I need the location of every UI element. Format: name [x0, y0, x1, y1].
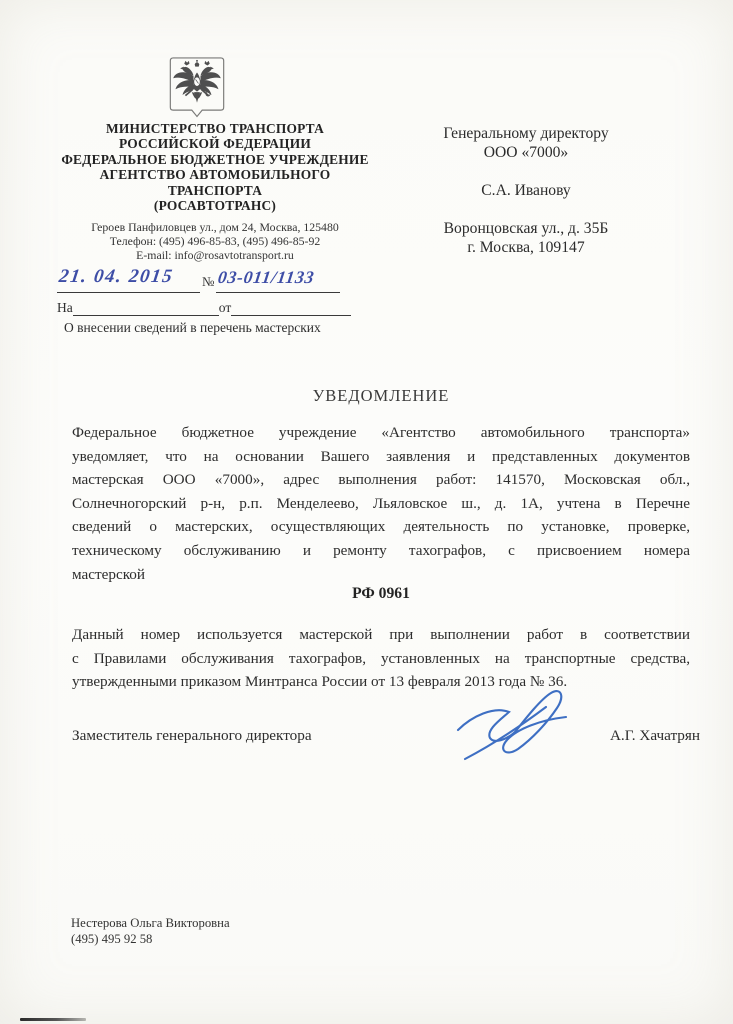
addressee-person: С.А. Иванову: [398, 181, 654, 200]
na-label: На: [57, 300, 73, 316]
org-name-line: РОССИЙСКОЙ ФЕДЕРАЦИИ: [45, 136, 385, 151]
addressee-city: г. Москва, 109147: [398, 238, 654, 257]
paragraph-line: Федеральное бюджетное учреждение «Агентс…: [72, 421, 690, 445]
body-paragraph-1: Федеральное бюджетное учреждение «Агентс…: [72, 421, 690, 586]
date-field: 21. 04. 2015: [57, 262, 200, 293]
paragraph-line: утвержденными приказом Минтранса России …: [72, 670, 690, 694]
addressee-street: Воронцовская ул., д. 35Б: [398, 219, 654, 238]
body-paragraph-2: Данный номер используется мастерской при…: [72, 623, 690, 694]
org-contact-block: Героев Панфиловцев ул., дом 24, Москва, …: [45, 221, 385, 263]
handwritten-date: 21. 04. 2015: [57, 262, 175, 292]
addressee-role: Генеральному директору: [398, 124, 654, 143]
org-name-line: ФЕДЕРАЛЬНОЕ БЮДЖЕТНОЕ УЧРЕЖДЕНИЕ: [45, 152, 385, 167]
ot-label: от: [219, 300, 231, 316]
executor-block: Нестерова Ольга Викторовна (495) 495 92 …: [71, 916, 230, 947]
executor-phone: (495) 495 92 58: [71, 932, 230, 948]
paragraph-line: Солнечногорский р-н, р.п. Менделеево, Ль…: [72, 492, 690, 516]
signature-scribble-icon: [452, 686, 592, 766]
paragraph-line: сведений о мастерских, осуществляющих де…: [72, 515, 690, 539]
executor-name: Нестерова Ольга Викторовна: [71, 916, 230, 932]
org-name-line: ТРАНСПОРТА: [45, 183, 385, 198]
org-name-block: МИНИСТЕРСТВО ТРАНСПОРТА РОССИЙСКОЙ ФЕДЕР…: [45, 121, 385, 213]
org-email-line: E-mail: info@rosavtotransport.ru: [45, 249, 385, 263]
org-name-line: МИНИСТЕРСТВО ТРАНСПОРТА: [45, 121, 385, 136]
number-field: 03-011/1133: [216, 262, 340, 293]
notice-title: УВЕДОМЛЕНИЕ: [72, 386, 690, 406]
org-name-line: (РОСАВТОТРАНС): [45, 198, 385, 213]
na-field: [73, 301, 219, 316]
signature-row: Заместитель генерального директора А.Г. …: [72, 727, 700, 745]
date-number-row: 21. 04. 2015№03-011/1133: [57, 262, 340, 296]
addressee-company: ООО «7000»: [398, 143, 654, 162]
paragraph-line: техническому обслуживанию и ремонту тахо…: [72, 539, 690, 563]
paragraph-line: Данный номер используется мастерской при…: [72, 623, 690, 647]
coat-of-arms-icon: [168, 56, 226, 126]
scanned-letter-page: МИНИСТЕРСТВО ТРАНСПОРТА РОССИЙСКОЙ ФЕДЕР…: [0, 0, 733, 1024]
ot-field: [231, 301, 351, 316]
subject-line: О внесении сведений в перечень мастерски…: [64, 320, 321, 336]
paragraph-line: уведомляет, что на основании Вашего заяв…: [72, 445, 690, 469]
addressee-block: Генеральному директору ООО «7000» С.А. И…: [398, 124, 654, 257]
paragraph-line: мастерской: [72, 563, 690, 587]
reference-line: Наот: [57, 300, 351, 316]
workshop-number: РФ 0961: [72, 585, 690, 603]
org-address-line: Героев Панфиловцев ул., дом 24, Москва, …: [45, 221, 385, 235]
signer-position: Заместитель генерального директора: [72, 727, 312, 745]
paragraph-line: с Правилами обслуживания тахографов, уст…: [72, 647, 690, 671]
paragraph-line: мастерская ООО «7000», адрес выполнения …: [72, 468, 690, 492]
org-phone-line: Телефон: (495) 496-85-83, (495) 496-85-9…: [45, 235, 385, 249]
number-sign: №: [200, 271, 216, 293]
scan-artifact: [20, 1018, 86, 1021]
org-name-line: АГЕНТСТВО АВТОМОБИЛЬНОГО: [45, 167, 385, 182]
signer-name: А.Г. Хачатрян: [610, 727, 700, 745]
handwritten-number: 03-011/1133: [216, 262, 317, 292]
